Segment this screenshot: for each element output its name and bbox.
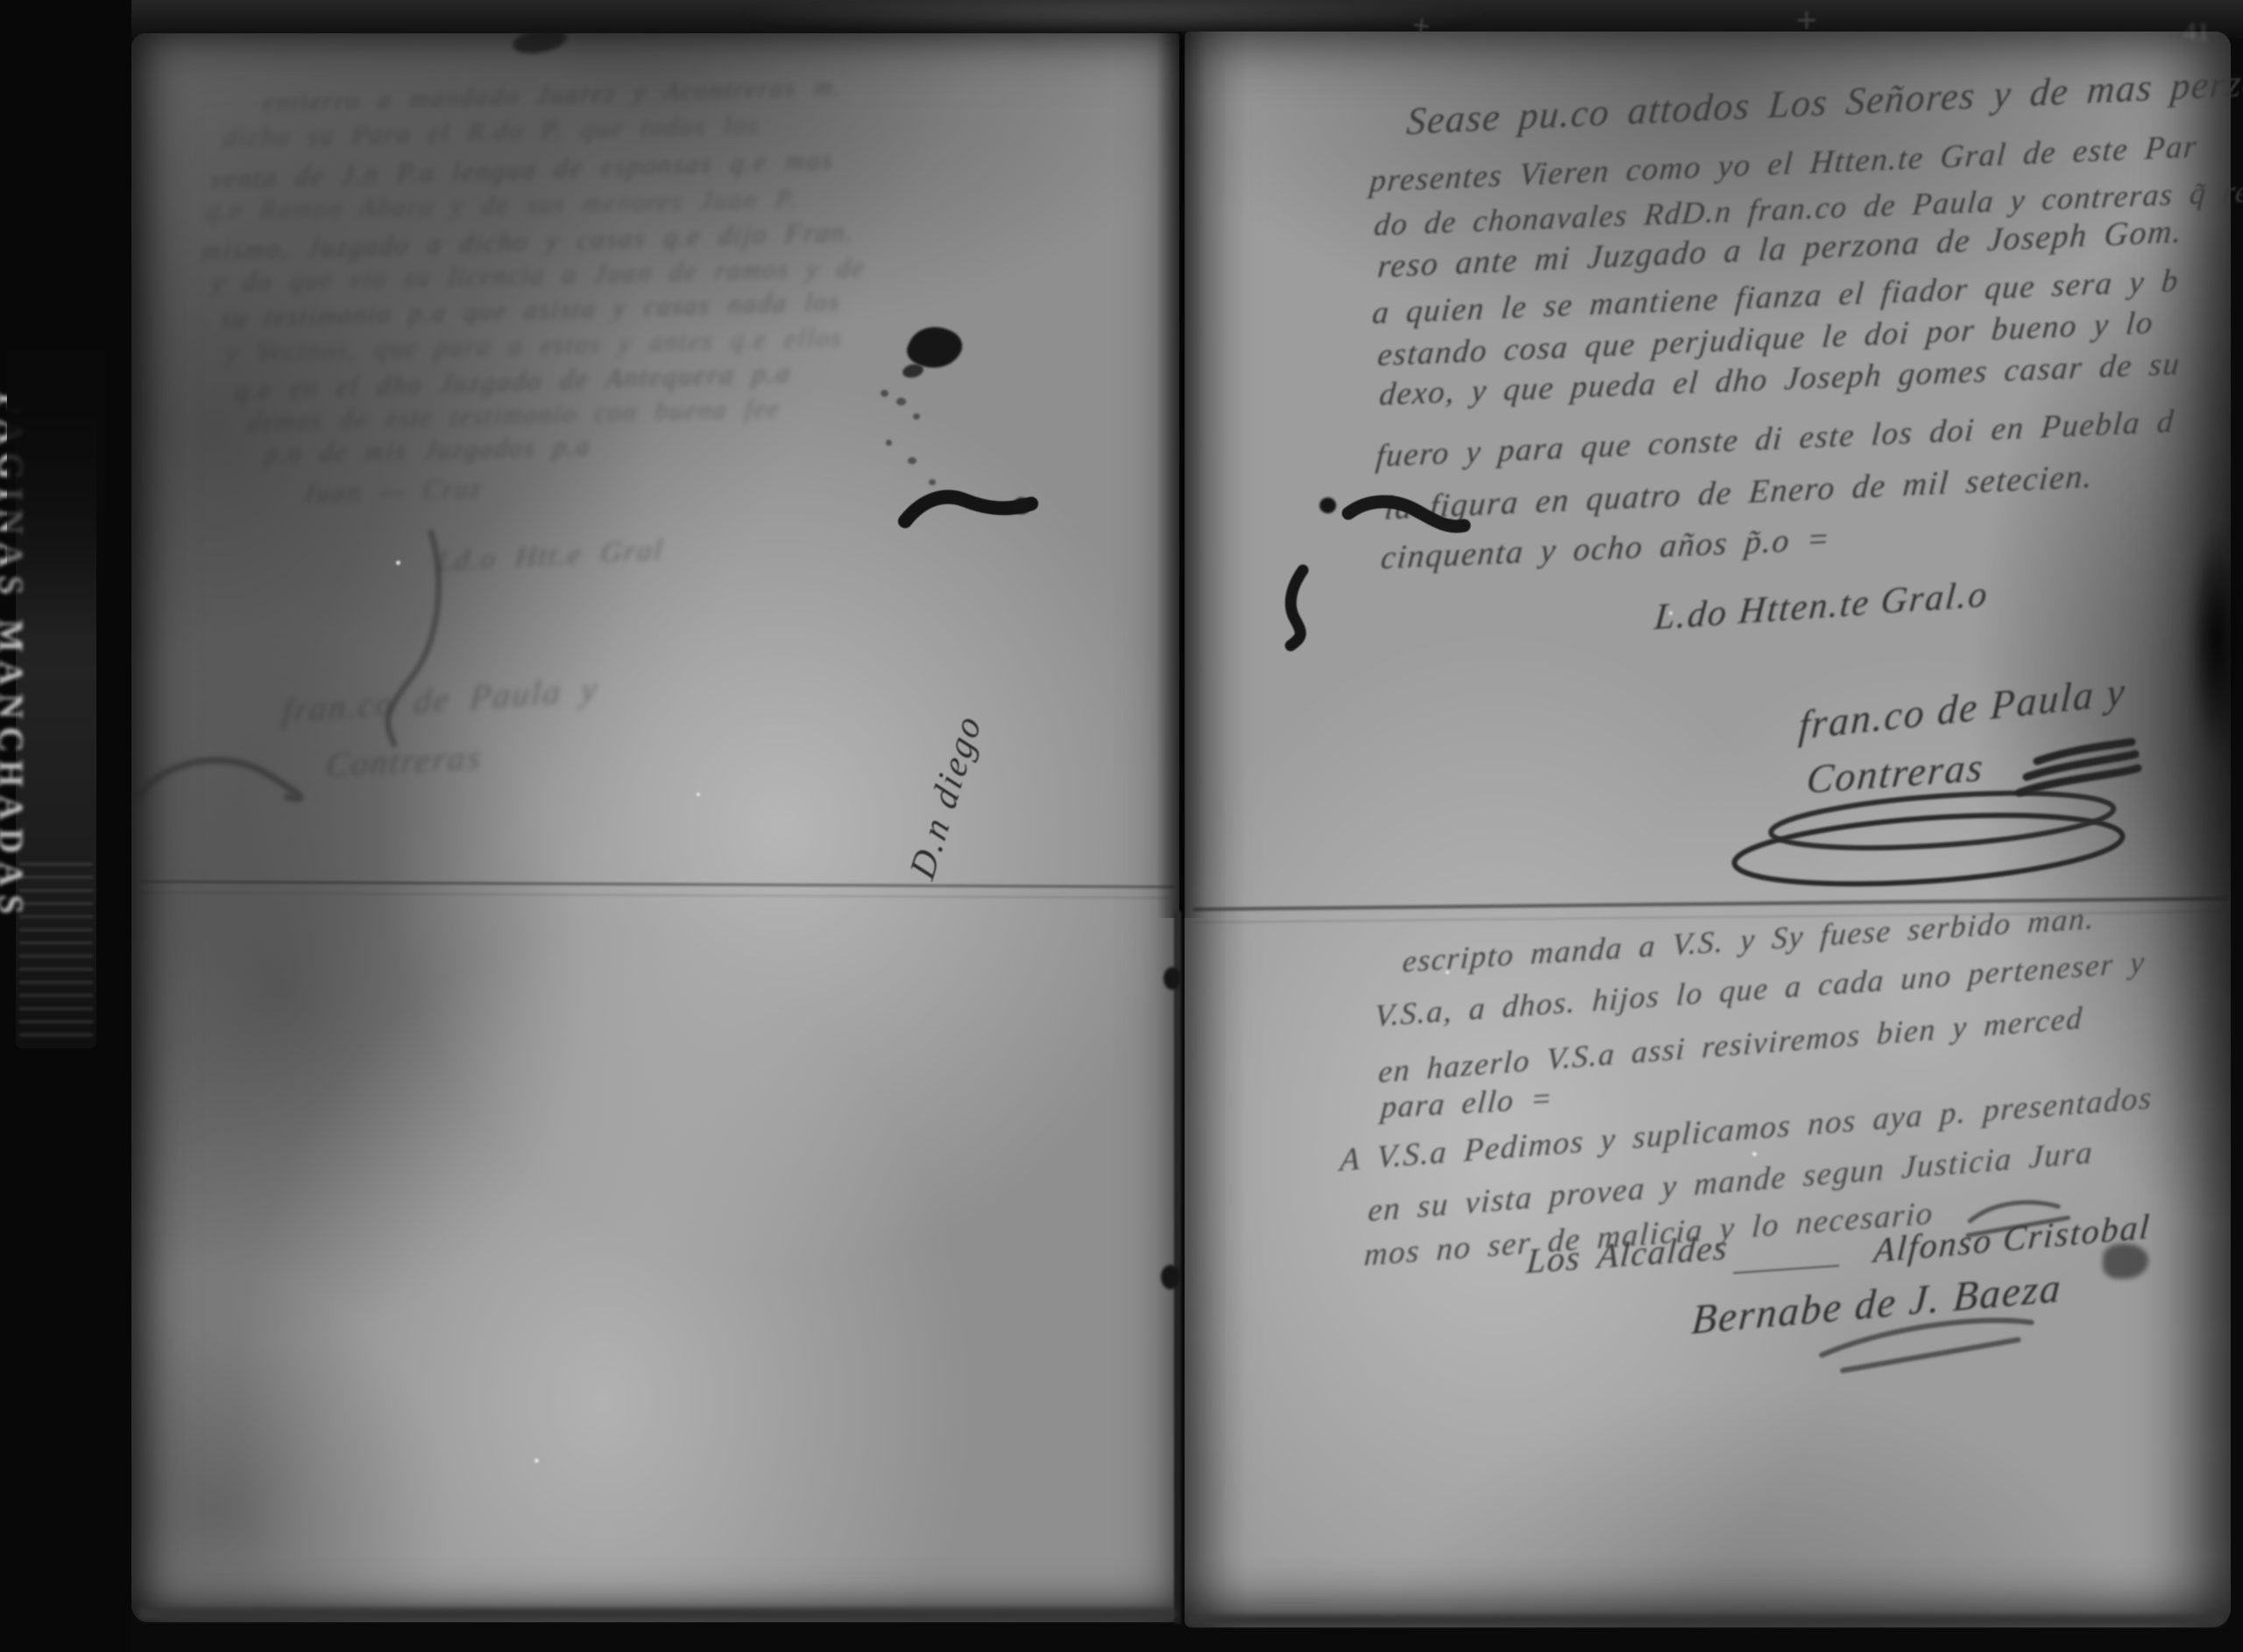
dust-speck [534, 1458, 539, 1463]
ink-dot [1013, 498, 1030, 514]
film-edge-shadow [2189, 524, 2243, 756]
ink-squiggle [1343, 491, 1470, 539]
dust-speck [1669, 611, 1673, 615]
ink-speck [896, 398, 906, 406]
stitch-knot [1164, 967, 1181, 990]
stitch-knot [1161, 1265, 1180, 1289]
ink-speck [881, 390, 888, 397]
ghost-flourish-stroke [377, 524, 473, 760]
ink-speck [913, 413, 920, 420]
folio-number: 41 [2183, 18, 2210, 47]
label-shadow-overlay [7, 350, 105, 639]
page-bottom-edge [1188, 1615, 2224, 1625]
ink-vertical-dash [1275, 565, 1323, 653]
ink-speck [908, 457, 916, 464]
signature-rubric-knot [2011, 731, 2151, 815]
microfilm-frame: entierro a mandado Juarez y Acontreras m… [0, 0, 2243, 1652]
dust-speck [1752, 1152, 1757, 1156]
dust-speck [697, 793, 700, 796]
ink-speck [886, 440, 892, 446]
ghost-loop-flourish [131, 746, 333, 825]
film-top-glow [736, 0, 1489, 33]
dust-speck [1446, 971, 1449, 974]
ink-dot [1320, 498, 1336, 513]
center-fold-shadow [1157, 32, 1206, 918]
invocation-cross-icon: + [1796, 0, 1817, 42]
page-bottom-edge [138, 1608, 1176, 1620]
ghost-handwriting-line: Juan — Cruz [301, 473, 484, 510]
dust-speck [396, 561, 400, 565]
